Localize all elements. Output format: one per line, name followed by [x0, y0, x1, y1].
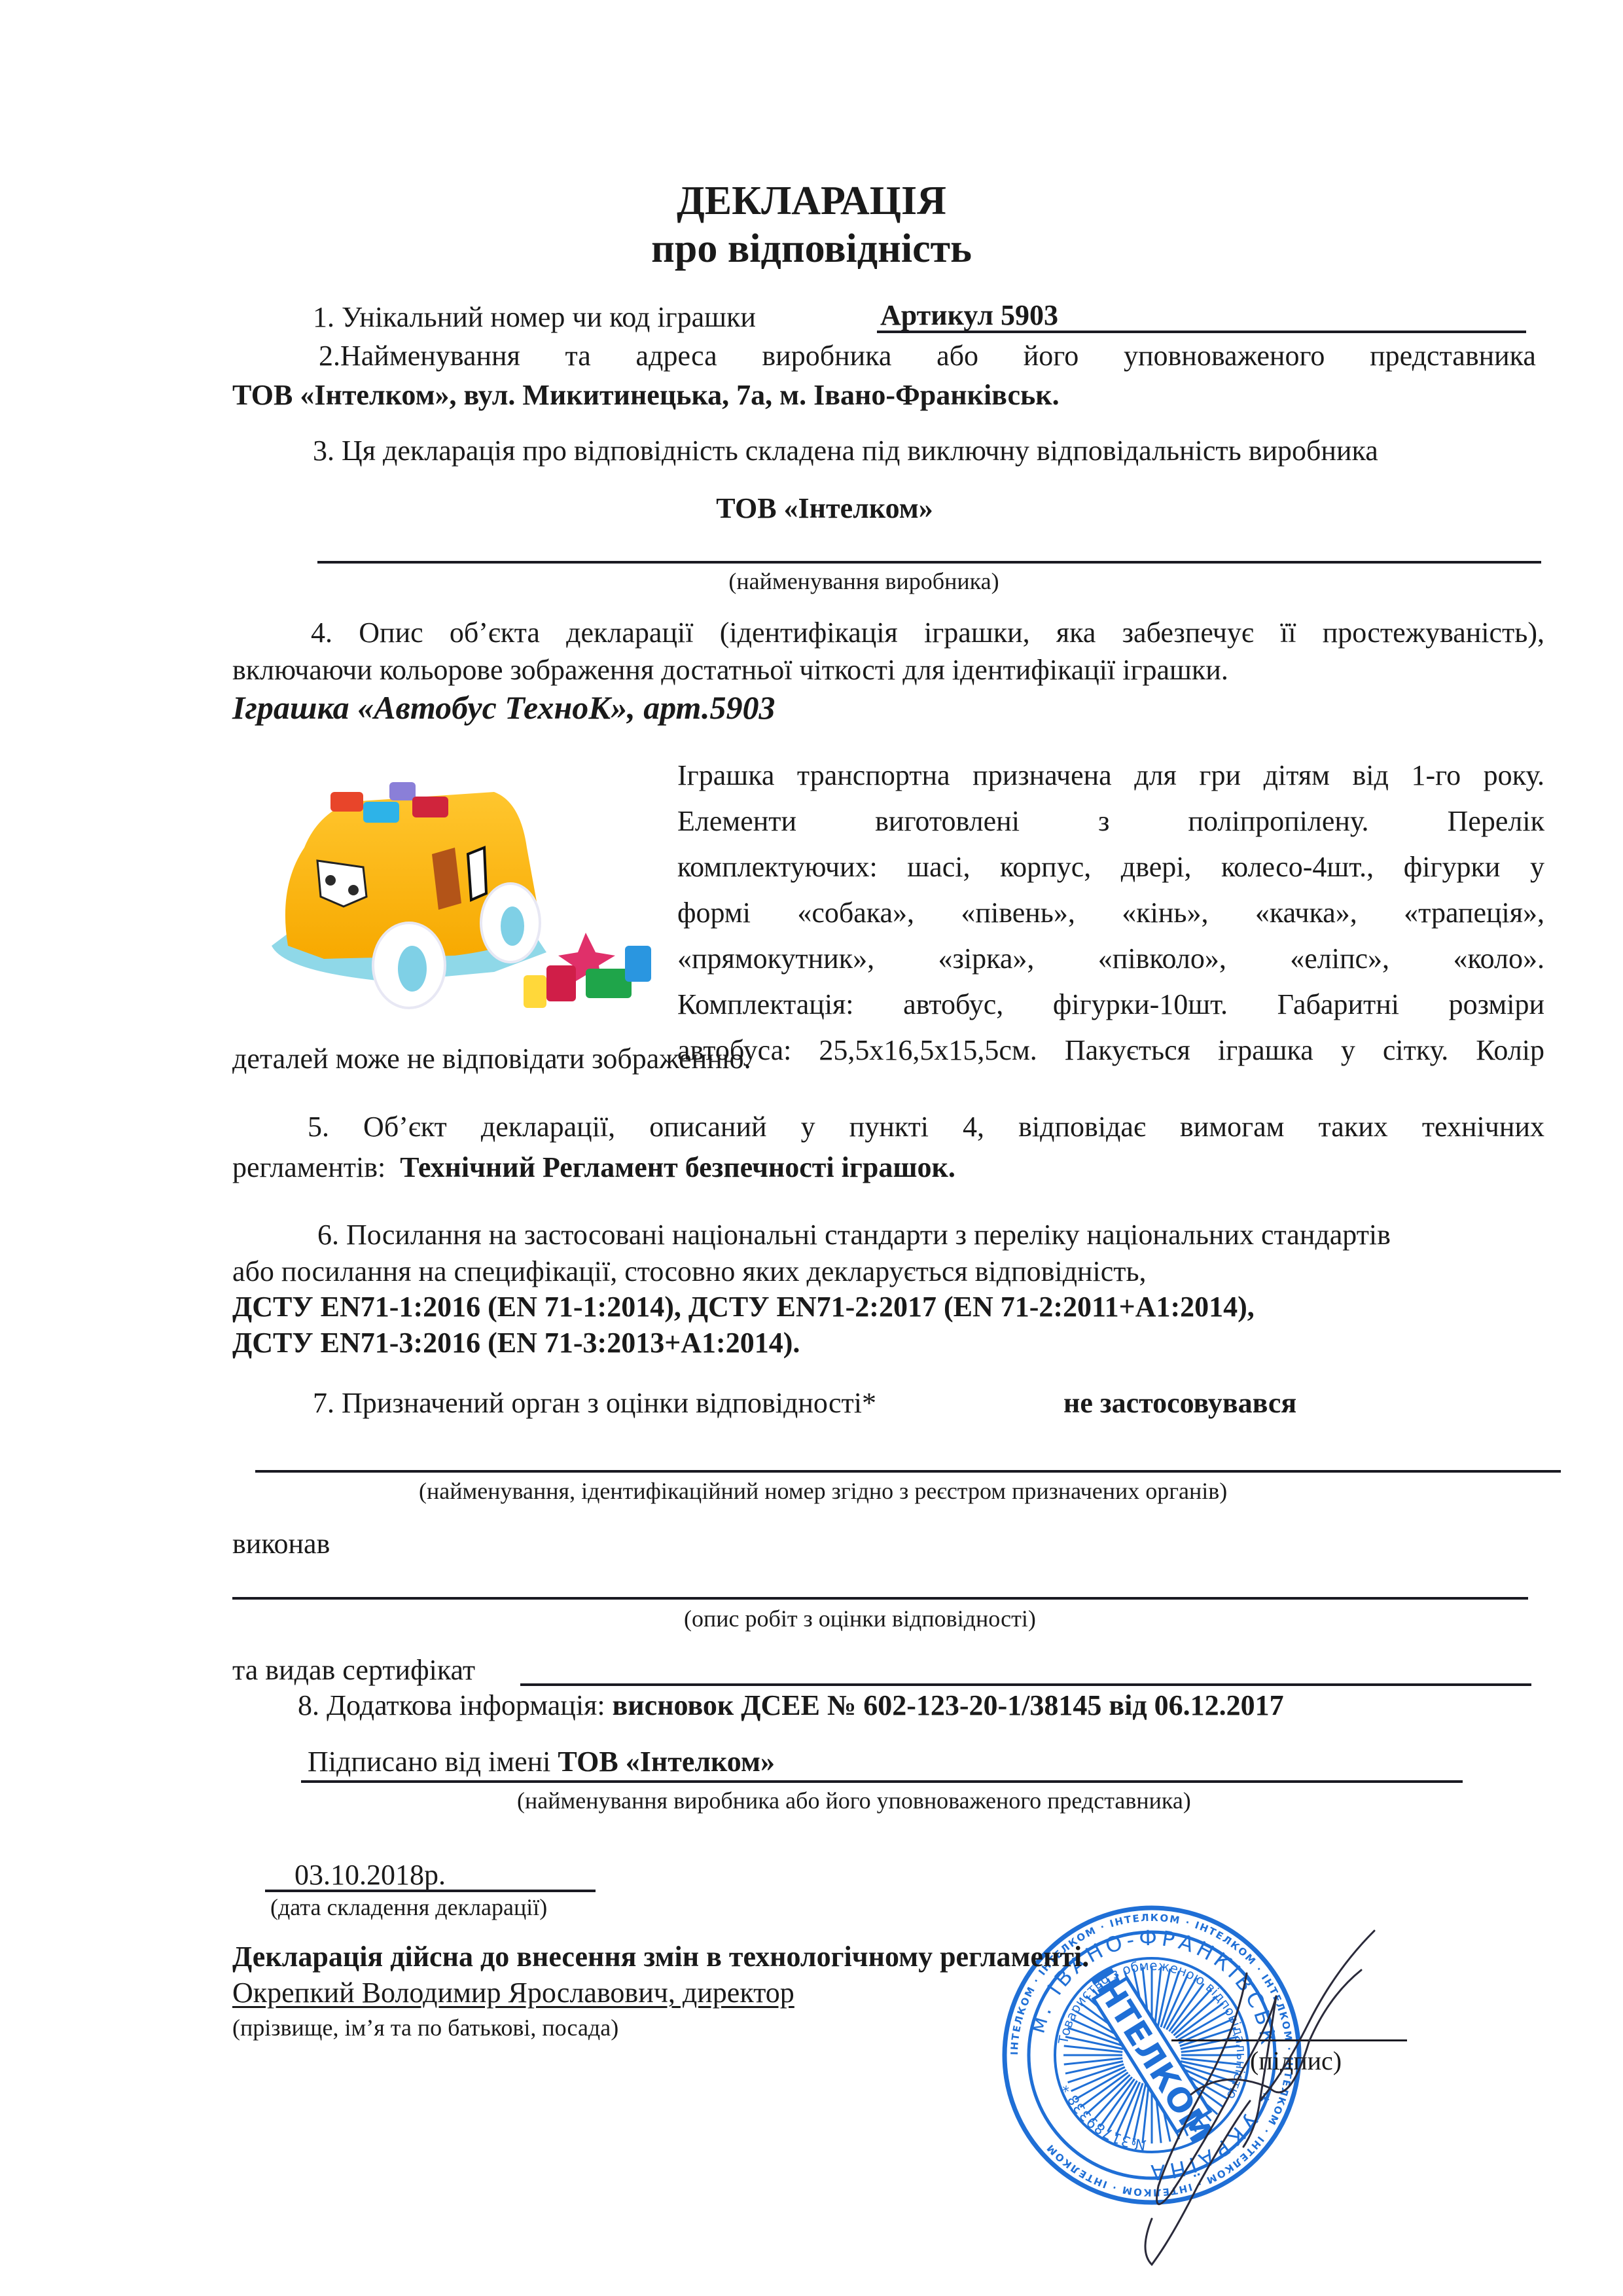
standards-line1: ДСТУ EN71-1:2016 (EN 71-1:2014), ДСТУ EN…	[232, 1293, 1255, 1321]
item2-label-word: 2.Найменування	[319, 342, 520, 370]
signatory-caption: (прізвище, ім’я та по батькові, посада)	[232, 2016, 618, 2039]
toy-bus-image	[259, 756, 651, 1011]
item7-caption: (найменування, ідентифікаційний номер зг…	[419, 1479, 1227, 1503]
certificate-label: та видав сертифікат	[232, 1656, 475, 1685]
item7-label: 7. Призначений орган з оцінки відповідно…	[313, 1389, 876, 1418]
signed-company: ТОВ «Інтелком»	[558, 1746, 775, 1778]
description-line: Іграшка транспортна призначена для гри д…	[677, 753, 1544, 798]
item3-caption: (найменування виробника)	[0, 569, 1623, 593]
item6-line1: 6. Посилання на застосовані національні …	[317, 1221, 1391, 1249]
item2-label-word: виробника	[762, 342, 891, 370]
signatory-name: Окрепкий Володимир Ярославович, директор	[232, 1979, 794, 2007]
item8-label: 8. Додаткова інформація:	[298, 1689, 605, 1721]
document-subtitle: про відповідність	[0, 226, 1623, 272]
performed-label: виконав	[232, 1530, 330, 1558]
item8-value: висновок ДСЕЕ № 602-123-20-1/38145 від 0…	[613, 1689, 1284, 1721]
standards-line2: ДСТУ EN71-3:2016 (EN 71-3:2013+A1:2014).	[232, 1329, 800, 1357]
item2-label: 2.Найменуваннятаадресавиробникаабойогоуп…	[319, 342, 1536, 370]
item2-label-word: уповноваженого	[1124, 342, 1325, 370]
description-line: автобуса: 25,5х16,5х15,5см. Пакується іг…	[677, 1028, 1544, 1073]
date-underline	[265, 1890, 596, 1892]
handwritten-signature	[1113, 1911, 1387, 2278]
technical-regulation: Технічний Регламент безпечності іграшок.	[400, 1151, 955, 1183]
item1-underline	[877, 331, 1526, 333]
item8: 8. Додаткова інформація: висновок ДСЕЕ №…	[298, 1691, 1284, 1720]
signed-caption: (найменування виробника або його уповнов…	[517, 1789, 1191, 1812]
item5-prefix: регламентів:	[232, 1151, 385, 1183]
product-description-tail: деталей може не відповідати зображенню.	[232, 1045, 751, 1073]
validity-note: Декларація дійсна до внесення змін в тех…	[232, 1943, 1089, 1971]
item1-label: 1. Унікальний номер чи код іграшки	[313, 303, 756, 332]
item2-label-word: його	[1024, 342, 1079, 370]
signed-prefix: Підписано від імені	[308, 1746, 550, 1778]
item7-underline	[255, 1470, 1561, 1473]
product-title: Іграшка «Автобус ТехноК», арт.5903	[232, 689, 776, 726]
item5-line1: 5. Об’єкт декларації, описаний у пункті …	[308, 1113, 1544, 1141]
item3-label: 3. Ця декларація про відповідність склад…	[313, 437, 1378, 465]
description-line: Елементи виготовлені з поліпропілену. Пе…	[677, 798, 1544, 844]
item2-label-word: або	[936, 342, 978, 370]
description-line: «прямокутник», «зірка», «півколо», «еліп…	[677, 936, 1544, 982]
item4-line1: 4. Опис об’єкта декларації (ідентифікаці…	[311, 619, 1544, 647]
product-description: Іграшка транспортна призначена для гри д…	[677, 753, 1544, 1073]
description-line: комплектуючих: шасі, корпус, двері, коле…	[677, 844, 1544, 890]
performed-underline	[232, 1597, 1528, 1600]
signed-underline	[301, 1780, 1463, 1783]
item4-line2: включаючи кольорове зображення достатньо…	[232, 656, 1228, 685]
item2-value: ТОВ «Інтелком», вул. Микитинецька, 7а, м…	[232, 381, 1060, 410]
performed-caption: (опис робіт з оцінки відповідності)	[684, 1607, 1036, 1630]
item3-underline	[317, 561, 1541, 564]
description-line: Комплектація: автобус, фігурки-10шт. Габ…	[677, 982, 1544, 1028]
item7-value: не застосовувався	[1063, 1389, 1296, 1418]
item1-value: Артикул 5903	[880, 301, 1058, 330]
item3-manufacturer: ТОВ «Інтелком»	[0, 494, 1623, 523]
item2-label-word: адреса	[636, 342, 717, 370]
item6-line2: або посилання на специфікації, стосовно …	[232, 1257, 1147, 1286]
declaration-date: 03.10.2018р.	[294, 1861, 446, 1890]
document-title: ДЕКЛАРАЦІЯ	[0, 178, 1623, 224]
item2-label-word: представника	[1370, 342, 1536, 370]
item2-label-word: та	[565, 342, 591, 370]
certificate-underline	[520, 1683, 1531, 1686]
item5-line2: регламентів: Технічний Регламент безпечн…	[232, 1153, 955, 1182]
date-caption: (дата складення декларації)	[270, 1895, 547, 1919]
signed-on-behalf: Підписано від імені ТОВ «Інтелком»	[308, 1748, 775, 1776]
description-line: формі «собака», «півень», «кінь», «качка…	[677, 890, 1544, 936]
